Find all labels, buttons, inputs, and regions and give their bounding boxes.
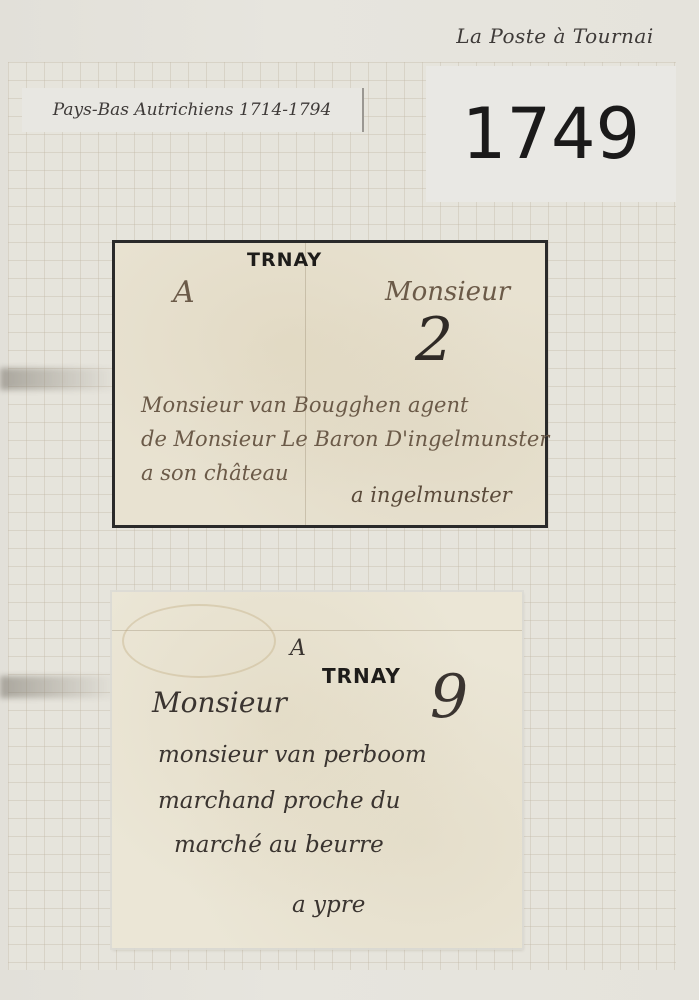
handwritten-rate: 9 <box>430 662 468 732</box>
page-shadow <box>0 368 120 390</box>
address-line: marchand proche du <box>158 788 401 814</box>
handwritten-mark: A <box>290 636 306 661</box>
fold-line <box>305 243 306 525</box>
postmark-stamp: TRNAY <box>247 249 322 271</box>
address-line: a ypre <box>292 892 365 918</box>
album-page: La Poste à Tournai Pays-Bas Autrichiens … <box>0 0 699 1000</box>
wax-seal-trace <box>122 604 276 678</box>
address-line: a ingelmunster <box>351 483 512 507</box>
postal-cover-1: TRNAY A Monsieur 2 Monsieur van Bougghen… <box>112 240 548 528</box>
handwritten-salutation-right: Monsieur <box>385 277 510 307</box>
postmark-stamp: TRNAY <box>322 664 401 688</box>
address-line: monsieur van perboom <box>158 742 427 768</box>
address-line: de Monsieur Le Baron D'ingelmunster <box>141 427 549 451</box>
address-line: marché au beurre <box>174 832 384 858</box>
postal-cover-2: A TRNAY Monsieur 9 monsieur van perboom … <box>112 592 522 948</box>
handwritten-salutation: Monsieur <box>152 686 287 719</box>
page-shadow <box>0 676 120 698</box>
album-header-title: La Poste à Tournai <box>420 14 690 58</box>
handwritten-salutation-left: A <box>173 275 195 310</box>
year-label: 1749 <box>426 66 676 202</box>
address-line: Monsieur van Bougghen agent <box>141 393 468 417</box>
address-line: a son château <box>141 461 289 485</box>
period-label: Pays-Bas Autrichiens 1714-1794 <box>22 88 364 132</box>
handwritten-rate: 2 <box>415 305 453 375</box>
